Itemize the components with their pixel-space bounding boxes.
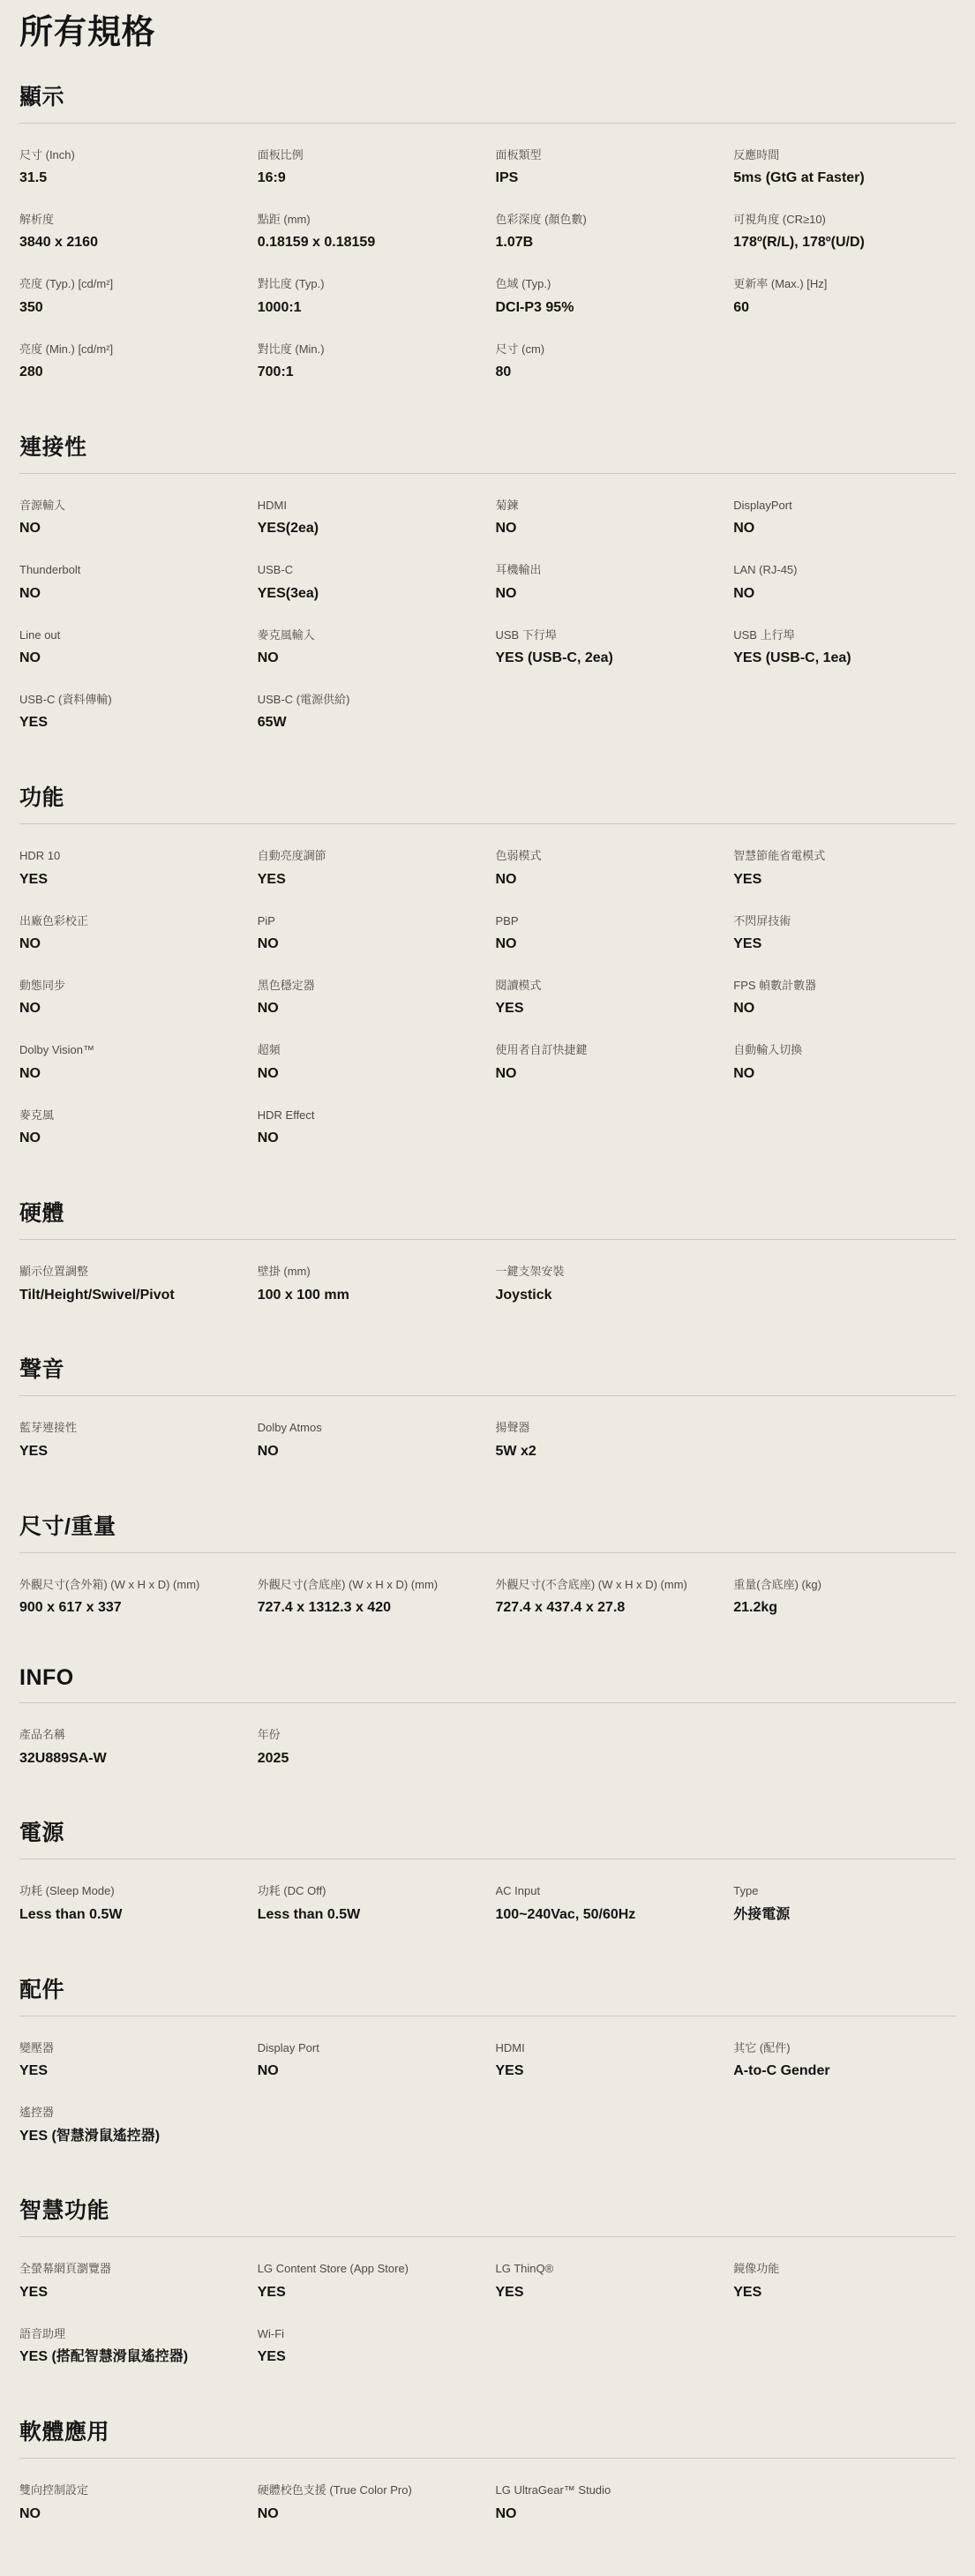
spec-value: DCI-P3 95% [496,299,718,318]
spec-label: 亮度 (Min.) [cd/m²] [19,342,242,357]
section-divider [19,2236,956,2237]
spec-value: 65W [258,714,480,732]
spec-item: 耳機輸出 NO [496,562,718,603]
section-heading: 電源 [19,1815,956,1847]
section-divider [19,1239,956,1240]
section-accessories: 配件 變壓器 YES Display Port NO HDMI YES 其它 (… [19,1972,956,2146]
spec-value: YES [258,2348,480,2367]
spec-grid: 功耗 (Sleep Mode) Less than 0.5W 功耗 (DC Of… [19,1883,956,1924]
spec-value: NO [19,585,242,604]
spec-item: LG Content Store (App Store) YES [258,2261,480,2302]
spec-label: 對比度 (Typ.) [258,276,480,292]
spec-label: HDR Effect [258,1108,480,1123]
spec-label: 全螢幕網頁瀏覽器 [19,2261,242,2277]
spec-item: 可視角度 (CR≥10) 178º(R/L), 178º(U/D) [733,212,956,252]
spec-value: Joystick [496,1287,718,1305]
spec-item: 全螢幕網頁瀏覽器 YES [19,2261,242,2302]
spec-label: 功耗 (DC Off) [258,1883,480,1899]
spec-item: 功耗 (Sleep Mode) Less than 0.5W [19,1883,242,1924]
spec-value: 60 [733,299,956,318]
spec-value: NO [733,1000,956,1018]
section-info: INFO 產品名稱 32U889SA-W 年份 2025 [19,1665,956,1768]
section-heading: 配件 [19,1972,956,2004]
spec-value: NO [258,1065,480,1084]
spec-value: 1000:1 [258,299,480,318]
spec-value: NO [19,650,242,668]
spec-value: YES(2ea) [258,520,480,538]
section-divider [19,1702,956,1703]
spec-value: NO [258,1000,480,1018]
spec-label: 色弱模式 [496,848,718,864]
spec-item: 面板類型 IPS [496,147,718,188]
spec-label: Type [733,1883,956,1899]
spec-label: 菊鍊 [496,498,718,514]
spec-value: YES (智慧滑鼠遙控器) [19,2128,242,2146]
spec-item: Type 外接電源 [733,1883,956,1924]
spec-grid: 產品名稱 32U889SA-W 年份 2025 [19,1727,956,1768]
spec-label: 硬體校色支援 (True Color Pro) [258,2482,480,2498]
spec-label: LAN (RJ-45) [733,562,956,578]
spec-label: Line out [19,627,242,643]
spec-label: USB 下行埠 [496,627,718,643]
spec-label: AC Input [496,1883,718,1899]
section-divider [19,2016,956,2016]
spec-value: 16:9 [258,169,480,188]
spec-label: Wi-Fi [258,2326,480,2342]
section-heading: 硬體 [19,1196,956,1228]
spec-item: 重量(含底座) (kg) 21.2kg [733,1577,956,1618]
spec-value: NO [496,935,718,954]
spec-label: 重量(含底座) (kg) [733,1577,956,1593]
spec-label: 更新率 (Max.) [Hz] [733,276,956,292]
spec-value: NO [19,1000,242,1018]
section-divider [19,1395,956,1396]
spec-item: 藍芽連接性 YES [19,1420,242,1461]
spec-label: 音源輸入 [19,498,242,514]
spec-value: Less than 0.5W [19,1906,242,1925]
spec-item: 點距 (mm) 0.18159 x 0.18159 [258,212,480,252]
page-title: 所有規格 [19,12,956,55]
spec-item: 鏡像功能 YES [733,2261,956,2302]
spec-label: 外觀尺寸(含外箱) (W x H x D) (mm) [19,1577,242,1593]
spec-item: PiP NO [258,913,480,954]
spec-value: NO [19,1130,242,1148]
spec-label: 耳機輸出 [496,562,718,578]
spec-value: YES [19,1443,242,1461]
spec-value: 5W x2 [496,1443,718,1461]
section-divider [19,2458,956,2459]
spec-item: 語音助理 YES (搭配智慧滑鼠遙控器) [19,2326,242,2367]
spec-value: YES [19,714,242,732]
spec-item: 對比度 (Min.) 700:1 [258,342,480,382]
spec-value: NO [19,1065,242,1084]
spec-item: 外觀尺寸(含外箱) (W x H x D) (mm) 900 x 617 x 3… [19,1577,242,1618]
spec-value: 900 x 617 x 337 [19,1599,242,1618]
spec-label: 尺寸 (Inch) [19,147,242,163]
spec-item: 硬體校色支援 (True Color Pro) NO [258,2482,480,2523]
spec-grid: HDR 10 YES 自動亮度調節 YES 色弱模式 NO 智慧節能省電模式 Y… [19,848,956,1148]
spec-value: NO [258,650,480,668]
spec-grid: 外觀尺寸(含外箱) (W x H x D) (mm) 900 x 617 x 3… [19,1577,956,1618]
spec-item: 外觀尺寸(含底座) (W x H x D) (mm) 727.4 x 1312.… [258,1577,480,1618]
spec-label: 自動亮度調節 [258,848,480,864]
spec-value: 727.4 x 1312.3 x 420 [258,1599,480,1618]
specs-page: 所有規格 顯示 尺寸 (Inch) 31.5 面板比例 16:9 面板類型 IP… [0,0,975,2576]
spec-item: 遙控器 YES (智慧滑鼠遙控器) [19,2105,242,2145]
spec-label: Display Port [258,2040,480,2056]
spec-label: 可視角度 (CR≥10) [733,212,956,228]
spec-label: 揚聲器 [496,1420,718,1436]
spec-item: DisplayPort NO [733,498,956,538]
spec-item: Line out NO [19,627,242,668]
section-divider [19,1552,956,1553]
spec-value: 350 [19,299,242,318]
spec-label: LG ThinQ® [496,2261,718,2277]
spec-label: 解析度 [19,212,242,228]
spec-label: 不閃屏技術 [733,913,956,929]
spec-value: NO [496,585,718,604]
spec-value: 2025 [258,1750,480,1769]
spec-item: 色域 (Typ.) DCI-P3 95% [496,276,718,317]
spec-item: Wi-Fi YES [258,2326,480,2367]
spec-value: 5ms (GtG at Faster) [733,169,956,188]
spec-item: LAN (RJ-45) NO [733,562,956,603]
spec-label: 動態同步 [19,978,242,994]
section-power: 電源 功耗 (Sleep Mode) Less than 0.5W 功耗 (DC… [19,1815,956,1924]
spec-label: 年份 [258,1727,480,1743]
spec-item: 色弱模式 NO [496,848,718,889]
section-hardware: 硬體 顯示位置調整 Tilt/Height/Swivel/Pivot 壁掛 (m… [19,1196,956,1304]
spec-value: 100 x 100 mm [258,1287,480,1305]
spec-value: YES [733,871,956,890]
spec-label: 面板比例 [258,147,480,163]
spec-value: YES(3ea) [258,585,480,604]
spec-value: NO [19,2505,242,2524]
spec-item: USB 下行埠 YES (USB-C, 2ea) [496,627,718,668]
spec-item: 亮度 (Typ.) [cd/m²] 350 [19,276,242,317]
spec-item: 對比度 (Typ.) 1000:1 [258,276,480,317]
spec-value: 100~240Vac, 50/60Hz [496,1906,718,1925]
spec-item: 菊鍊 NO [496,498,718,538]
section-smart-features: 智慧功能 全螢幕網頁瀏覽器 YES LG Content Store (App … [19,2193,956,2367]
spec-value: YES [496,2284,718,2302]
spec-value: YES [733,935,956,954]
spec-label: LG UltraGear™ Studio [496,2482,718,2498]
spec-value: 280 [19,364,242,382]
spec-value: YES (USB-C, 2ea) [496,650,718,668]
spec-value: YES [496,1000,718,1018]
spec-item: LG ThinQ® YES [496,2261,718,2302]
spec-item: USB-C (資料傳輸) YES [19,692,242,732]
spec-item: 外觀尺寸(不含底座) (W x H x D) (mm) 727.4 x 437.… [496,1577,718,1618]
spec-value: NO [496,871,718,890]
spec-value: 727.4 x 437.4 x 27.8 [496,1599,718,1618]
spec-value: 700:1 [258,364,480,382]
spec-label: 閱讀模式 [496,978,718,994]
spec-value: NO [19,935,242,954]
spec-value: NO [258,2505,480,2524]
spec-item: 亮度 (Min.) [cd/m²] 280 [19,342,242,382]
spec-label: 出廠色彩校正 [19,913,242,929]
spec-grid: 雙向控制設定 NO 硬體校色支援 (True Color Pro) NO LG … [19,2482,956,2523]
spec-item: 解析度 3840 x 2160 [19,212,242,252]
spec-label: DisplayPort [733,498,956,514]
spec-label: 超頻 [258,1042,480,1058]
spec-value: YES [19,2284,242,2302]
spec-label: 壁掛 (mm) [258,1264,480,1280]
spec-label: 亮度 (Typ.) [cd/m²] [19,276,242,292]
spec-item: 反應時間 5ms (GtG at Faster) [733,147,956,188]
section-heading: INFO [19,1665,956,1691]
spec-value: YES [496,2062,718,2081]
spec-value: YES [19,2062,242,2081]
spec-value: NO [258,1130,480,1148]
spec-value: Tilt/Height/Swivel/Pivot [19,1287,242,1305]
spec-value: YES (USB-C, 1ea) [733,650,956,668]
spec-label: 鏡像功能 [733,2261,956,2277]
spec-label: 色域 (Typ.) [496,276,718,292]
spec-item: 產品名稱 32U889SA-W [19,1727,242,1768]
spec-item: FPS 幀數計數器 NO [733,978,956,1018]
spec-grid: 顯示位置調整 Tilt/Height/Swivel/Pivot 壁掛 (mm) … [19,1264,956,1304]
spec-item: 黑色穩定器 NO [258,978,480,1018]
section-divider [19,473,956,474]
spec-item: 使用者自訂快捷鍵 NO [496,1042,718,1083]
spec-value: NO [496,1065,718,1084]
spec-label: PiP [258,913,480,929]
spec-label: HDR 10 [19,848,242,864]
spec-value: NO [258,935,480,954]
spec-label: 點距 (mm) [258,212,480,228]
spec-label: 尺寸 (cm) [496,342,718,357]
spec-item: 智慧節能省電模式 YES [733,848,956,889]
spec-item: 自動輸入切換 NO [733,1042,956,1083]
spec-item: 雙向控制設定 NO [19,2482,242,2523]
spec-label: 藍芽連接性 [19,1420,242,1436]
section-divider [19,1859,956,1859]
spec-grid: 音源輸入 NO HDMI YES(2ea) 菊鍊 NO DisplayPort … [19,498,956,732]
spec-label: 使用者自訂快捷鍵 [496,1042,718,1058]
spec-item: AC Input 100~240Vac, 50/60Hz [496,1883,718,1924]
spec-item: Dolby Vision™ NO [19,1042,242,1083]
spec-item: 音源輸入 NO [19,498,242,538]
spec-label: 語音助理 [19,2326,242,2342]
spec-item: 麥克風輸入 NO [258,627,480,668]
spec-value: 21.2kg [733,1599,956,1618]
spec-label: 外觀尺寸(含底座) (W x H x D) (mm) [258,1577,480,1593]
spec-value: 3840 x 2160 [19,234,242,252]
spec-item: 面板比例 16:9 [258,147,480,188]
spec-item: 自動亮度調節 YES [258,848,480,889]
spec-item: 出廠色彩校正 NO [19,913,242,954]
spec-label: USB-C (資料傳輸) [19,692,242,708]
spec-label: 雙向控制設定 [19,2482,242,2498]
spec-value: YES (搭配智慧滑鼠遙控器) [19,2348,242,2367]
spec-value: NO [19,520,242,538]
spec-label: Dolby Vision™ [19,1042,242,1058]
spec-value: Less than 0.5W [258,1906,480,1925]
spec-value: NO [733,1065,956,1084]
spec-label: FPS 幀數計數器 [733,978,956,994]
spec-value: NO [496,520,718,538]
spec-item: 變壓器 YES [19,2040,242,2081]
spec-label: 功耗 (Sleep Mode) [19,1883,242,1899]
section-heading: 軟體應用 [19,2415,956,2446]
spec-item: Dolby Atmos NO [258,1420,480,1461]
spec-label: 一鍵支架安裝 [496,1264,718,1280]
section-heading: 尺寸/重量 [19,1509,956,1541]
spec-value: A-to-C Gender [733,2062,956,2081]
spec-item: 閱讀模式 YES [496,978,718,1018]
spec-item: 超頻 NO [258,1042,480,1083]
section-display: 顯示 尺寸 (Inch) 31.5 面板比例 16:9 面板類型 IPS 反應時… [19,79,956,382]
spec-label: 外觀尺寸(不含底座) (W x H x D) (mm) [496,1577,718,1593]
spec-value: IPS [496,169,718,188]
spec-item: USB-C (電源供給) 65W [258,692,480,732]
spec-label: LG Content Store (App Store) [258,2261,480,2277]
section-heading: 連接性 [19,430,956,462]
section-software: 軟體應用 雙向控制設定 NO 硬體校色支援 (True Color Pro) N… [19,2415,956,2523]
spec-item: 尺寸 (cm) 80 [496,342,718,382]
spec-value: 外接電源 [733,1906,956,1925]
spec-label: USB-C [258,562,480,578]
spec-value: NO [733,520,956,538]
spec-item: 不閃屏技術 YES [733,913,956,954]
section-divider [19,123,956,124]
spec-label: 智慧節能省電模式 [733,848,956,864]
spec-item: 色彩深度 (顏色數) 1.07B [496,212,718,252]
section-heading: 功能 [19,780,956,812]
spec-item: 揚聲器 5W x2 [496,1420,718,1461]
spec-value: 31.5 [19,169,242,188]
sections-container: 顯示 尺寸 (Inch) 31.5 面板比例 16:9 面板類型 IPS 反應時… [19,79,956,2524]
section-divider [19,823,956,824]
spec-value: NO [496,2505,718,2524]
spec-item: HDR Effect NO [258,1108,480,1148]
spec-item: HDMI YES [496,2040,718,2081]
spec-item: LG UltraGear™ Studio NO [496,2482,718,2523]
spec-label: 對比度 (Min.) [258,342,480,357]
spec-value: 178º(R/L), 178º(U/D) [733,234,956,252]
spec-value: YES [733,2284,956,2302]
spec-item: 尺寸 (Inch) 31.5 [19,147,242,188]
spec-item: 更新率 (Max.) [Hz] 60 [733,276,956,317]
spec-label: 色彩深度 (顏色數) [496,212,718,228]
spec-item: 動態同步 NO [19,978,242,1018]
spec-item: USB 上行埠 YES (USB-C, 1ea) [733,627,956,668]
spec-label: 面板類型 [496,147,718,163]
section-heading: 聲音 [19,1352,956,1384]
spec-grid: 藍芽連接性 YES Dolby Atmos NO 揚聲器 5W x2 [19,1420,956,1461]
spec-label: HDMI [496,2040,718,2056]
spec-item: 功耗 (DC Off) Less than 0.5W [258,1883,480,1924]
section-sound: 聲音 藍芽連接性 YES Dolby Atmos NO 揚聲器 5W x2 [19,1352,956,1461]
spec-grid: 變壓器 YES Display Port NO HDMI YES 其它 (配件)… [19,2040,956,2146]
spec-label: Thunderbolt [19,562,242,578]
spec-value: YES [19,871,242,890]
spec-grid: 尺寸 (Inch) 31.5 面板比例 16:9 面板類型 IPS 反應時間 5… [19,147,956,382]
spec-item: USB-C YES(3ea) [258,562,480,603]
spec-item: 顯示位置調整 Tilt/Height/Swivel/Pivot [19,1264,242,1304]
spec-item: HDR 10 YES [19,848,242,889]
spec-value: NO [733,585,956,604]
spec-item: 年份 2025 [258,1727,480,1768]
spec-value: 0.18159 x 0.18159 [258,234,480,252]
spec-label: 其它 (配件) [733,2040,956,2056]
spec-label: USB-C (電源供給) [258,692,480,708]
section-heading: 顯示 [19,79,956,111]
section-connectivity: 連接性 音源輸入 NO HDMI YES(2ea) 菊鍊 NO DisplayP… [19,430,956,732]
spec-label: 反應時間 [733,147,956,163]
spec-value: 80 [496,364,718,382]
spec-value: 32U889SA-W [19,1750,242,1769]
spec-value: NO [258,1443,480,1461]
spec-value: YES [258,2284,480,2302]
section-heading: 智慧功能 [19,2193,956,2225]
spec-label: HDMI [258,498,480,514]
spec-item: 其它 (配件) A-to-C Gender [733,2040,956,2081]
spec-item: PBP NO [496,913,718,954]
spec-label: USB 上行埠 [733,627,956,643]
spec-item: Display Port NO [258,2040,480,2081]
spec-item: 麥克風 NO [19,1108,242,1148]
spec-label: Dolby Atmos [258,1420,480,1436]
spec-item: Thunderbolt NO [19,562,242,603]
section-features: 功能 HDR 10 YES 自動亮度調節 YES 色弱模式 NO 智慧節能省電模… [19,780,956,1148]
spec-value: 1.07B [496,234,718,252]
section-dimensions-weight: 尺寸/重量 外觀尺寸(含外箱) (W x H x D) (mm) 900 x 6… [19,1509,956,1618]
spec-item: 壁掛 (mm) 100 x 100 mm [258,1264,480,1304]
spec-value: YES [258,871,480,890]
spec-label: 顯示位置調整 [19,1264,242,1280]
spec-label: 遙控器 [19,2105,242,2121]
spec-label: 自動輸入切換 [733,1042,956,1058]
spec-item: HDMI YES(2ea) [258,498,480,538]
spec-item: 一鍵支架安裝 Joystick [496,1264,718,1304]
spec-grid: 全螢幕網頁瀏覽器 YES LG Content Store (App Store… [19,2261,956,2367]
spec-value: NO [258,2062,480,2081]
spec-label: 產品名稱 [19,1727,242,1743]
spec-label: 麥克風 [19,1108,242,1123]
spec-label: 黑色穩定器 [258,978,480,994]
spec-label: PBP [496,913,718,929]
spec-label: 變壓器 [19,2040,242,2056]
spec-label: 麥克風輸入 [258,627,480,643]
